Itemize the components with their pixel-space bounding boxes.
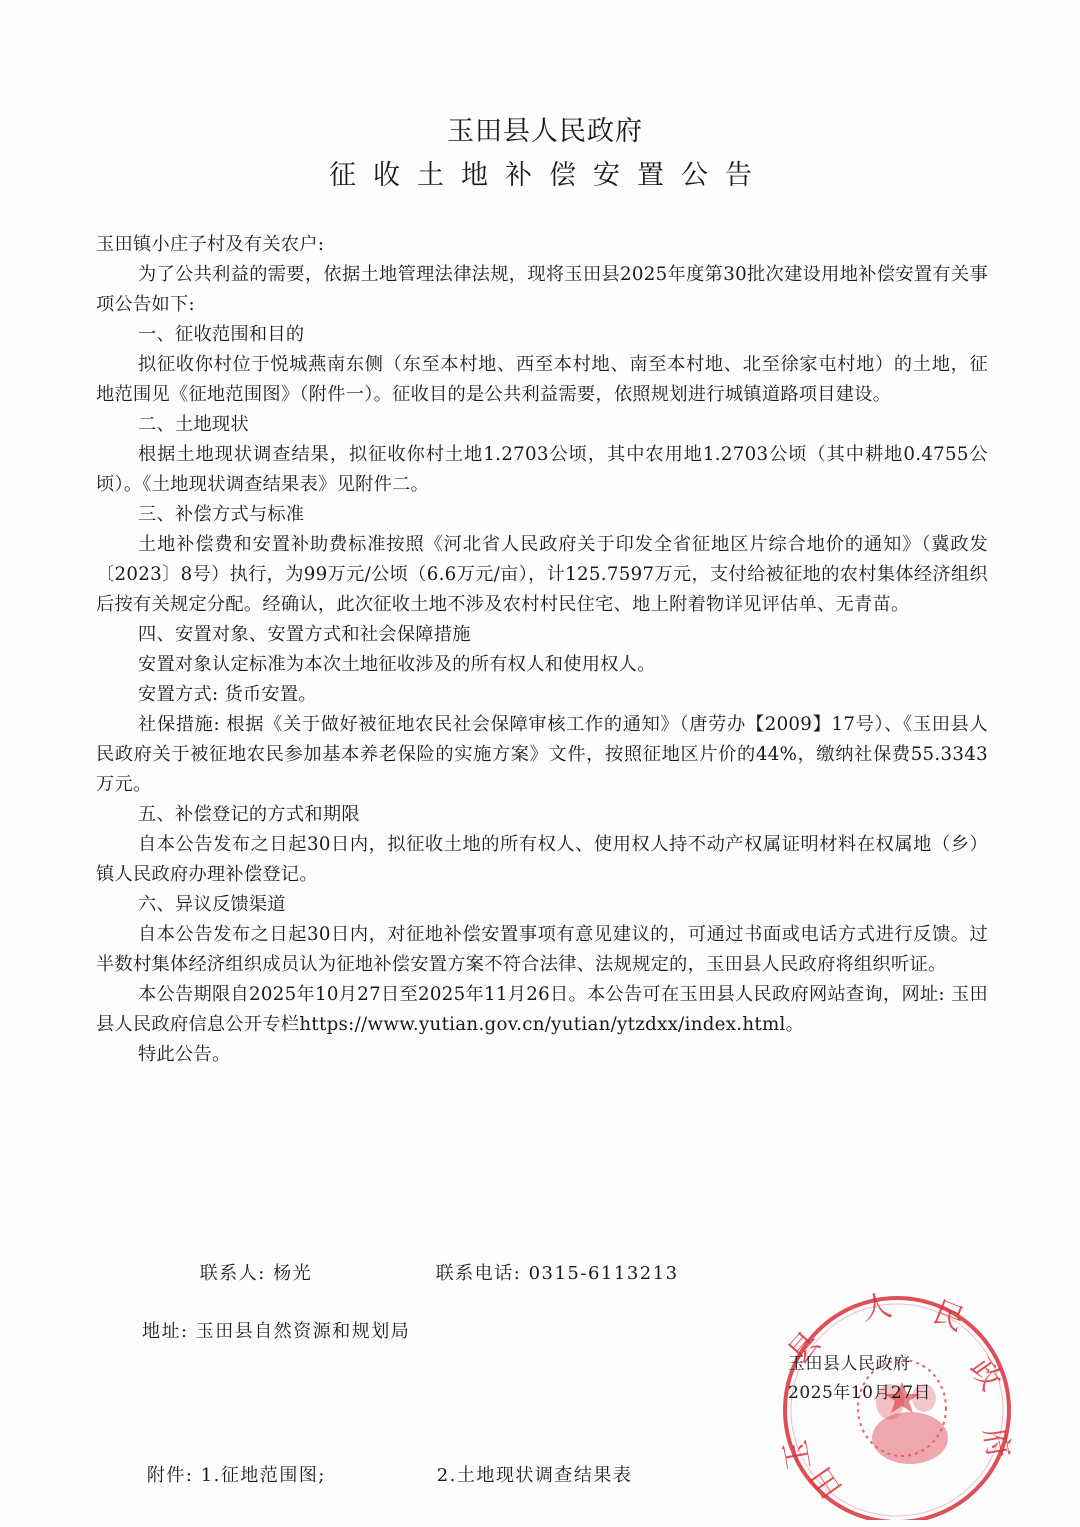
document-title: 玉田县人民政府 征收土地补偿安置公告	[0, 112, 1080, 198]
section-2-paragraph: 根据土地现状调查结果，拟征收你村土地1.2703公顷，其中农用地1.2703公顷…	[96, 440, 988, 500]
section-heading-1: 一、征收范围和目的	[96, 320, 988, 350]
section-4-paragraph-1: 安置对象认定标准为本次土地征收涉及的所有权人和使用权人。	[96, 650, 988, 680]
section-4-paragraph-3: 社保措施: 根据《关于做好被征地农民社会保障审核工作的通知》（唐劳办【2009】…	[96, 710, 988, 800]
title-subject: 征收土地补偿安置公告	[18, 154, 1080, 198]
signature-date: 2025年10月27日	[788, 1379, 931, 1408]
section-6-paragraph: 自本公告发布之日起30日内，对征地补偿安置事项有意见建议的，可通过书面或电话方式…	[96, 920, 988, 980]
signature-block: 玉田县人民政府 2025年10月27日	[788, 1350, 931, 1408]
svg-text:民: 民	[928, 1295, 969, 1339]
contact-phone: 0315-6113213	[529, 1263, 679, 1284]
attachments-label: 附件:	[147, 1465, 201, 1486]
section-heading-5: 五、补偿登记的方式和期限	[96, 800, 988, 830]
document-body: 玉田镇小庄子村及有关农户: 为了公共利益的需要，依据土地管理法律法规，现将玉田县…	[96, 230, 988, 1070]
svg-text:府: 府	[976, 1425, 1016, 1461]
section-heading-2: 二、土地现状	[96, 410, 988, 440]
intro-paragraph: 为了公共利益的需要，依据土地管理法律法规，现将玉田县2025年度第30批次建设用…	[96, 260, 988, 320]
contact-address-label: 地址:	[142, 1317, 196, 1346]
section-3-paragraph: 土地补偿费和安置补助费标准按照《河北省人民政府关于印发全省征地区片综合地价的通知…	[96, 530, 988, 620]
svg-text:人: 人	[859, 1290, 895, 1328]
section-heading-3: 三、补偿方式与标准	[96, 500, 988, 530]
signature-issuer: 玉田县人民政府	[788, 1350, 931, 1379]
title-issuer: 玉田县人民政府	[10, 112, 1080, 152]
svg-text:玉: 玉	[778, 1437, 818, 1473]
contact-phone-label: 联系电话:	[436, 1263, 529, 1284]
attachment-item-2: 2.土地现状调查结果表	[437, 1461, 633, 1487]
section-heading-6: 六、异议反馈渠道	[96, 890, 988, 920]
attachments-list: 附件: 1.征地范围图;2.土地现状调查结果表	[118, 1440, 632, 1508]
contact-block: 联系人: 杨光 联系电话: 0315-6113213 地址: 玉田县自然资源和规…	[142, 1230, 679, 1346]
contact-person-label: 联系人:	[200, 1263, 273, 1284]
contact-person: 杨光	[273, 1263, 312, 1284]
notice-period-paragraph: 本公告期限自2025年10月27日至2025年11月26日。本公告可在玉田县人民…	[96, 980, 988, 1040]
attachment-item-1: 1.征地范围图;	[201, 1461, 437, 1487]
section-heading-4: 四、安置对象、安置方式和社会保障措施	[96, 620, 988, 650]
closing-text: 特此公告。	[96, 1040, 988, 1070]
section-1-paragraph: 拟征收你村位于悦城燕南东侧（东至本村地、西至本村地、南至本村地、北至徐家屯村地）…	[96, 350, 988, 410]
section-4-paragraph-2: 安置方式: 货币安置。	[96, 680, 988, 710]
section-5-paragraph: 自本公告发布之日起30日内，拟征收土地的所有权人、使用权人持不动产权属证明材料在…	[96, 830, 988, 890]
document-page: 玉田县人民政府 征收土地补偿安置公告 玉田镇小庄子村及有关农户: 为了公共利益的…	[0, 0, 1080, 1527]
salutation: 玉田镇小庄子村及有关农户:	[96, 230, 988, 260]
contact-address: 玉田县自然资源和规划局	[196, 1317, 411, 1346]
